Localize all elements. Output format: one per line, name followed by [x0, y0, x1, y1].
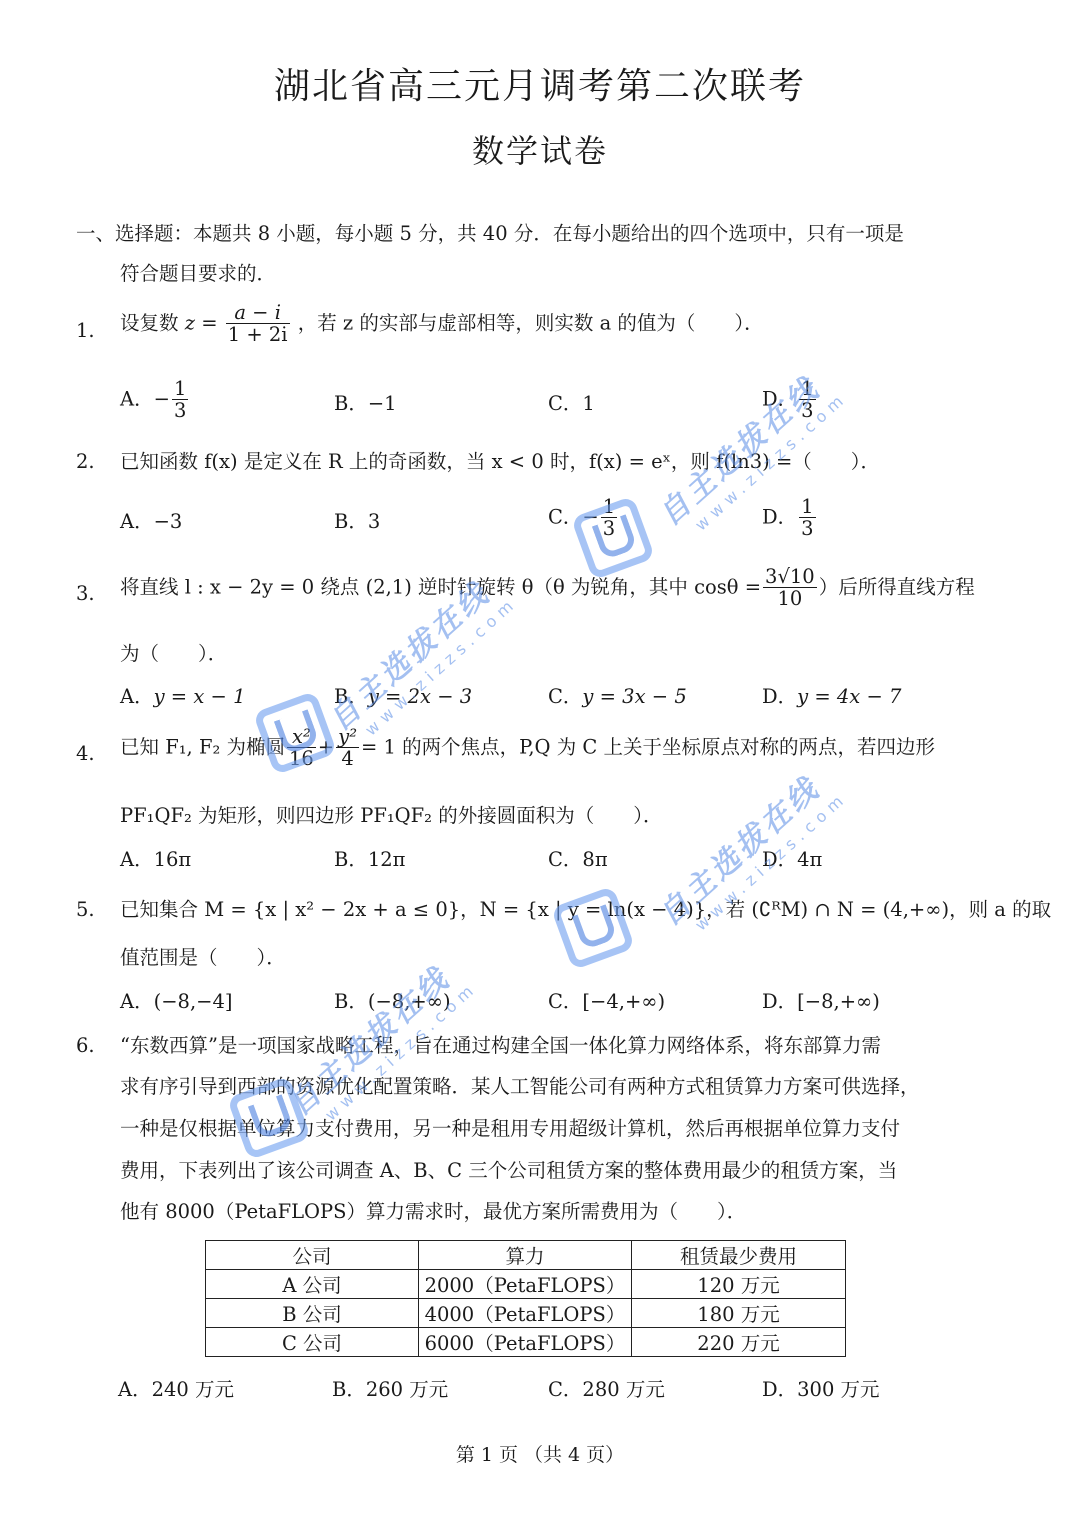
option-a: A．16π: [120, 846, 191, 874]
question-number: 1.: [76, 317, 95, 345]
table-header: 租赁最少费用: [632, 1241, 846, 1270]
option-b: B．260 万元: [332, 1376, 448, 1404]
question-2-stem: 已知函数 f(x) 是定义在 R 上的奇函数，当 x < 0 时，f(x) = …: [120, 448, 880, 476]
option-c: C．8π: [548, 846, 608, 874]
table-row: A 公司 2000（PetaFLOPS） 120 万元: [206, 1270, 846, 1299]
table-cell: 2000（PetaFLOPS）: [419, 1270, 632, 1299]
table-row: B 公司 4000（PetaFLOPS） 180 万元: [206, 1299, 846, 1328]
question-number: 5.: [76, 896, 95, 924]
table-header: 算力: [419, 1241, 632, 1270]
stem-text: 设复数: [120, 311, 179, 334]
option-b: B．3: [334, 508, 380, 536]
exam-subtitle: 数学试卷: [0, 126, 1080, 172]
option-c: C．[−4,+∞): [548, 988, 665, 1016]
question-6-line: 他有 8000（PetaFLOPS）算力需求时，最优方案所需费用为（ ）．: [120, 1198, 746, 1226]
table-cell: C 公司: [206, 1328, 419, 1357]
option-b: B．−1: [334, 390, 397, 418]
question-5-stem-cont: 值范围是（ ）．: [120, 944, 286, 972]
question-6-line: 费用，下表列出了该公司调查 A、B、C 三个公司租赁方案的整体费用最少的租赁方案…: [120, 1157, 897, 1185]
question-number: 6.: [76, 1032, 95, 1060]
option-d: D．[−8,+∞): [762, 988, 880, 1016]
option-b: B．(−8,+∞): [334, 988, 451, 1016]
option-b: B．12π: [334, 846, 405, 874]
question-4-stem: 已知 F₁, F₂ 为椭圆x²16+y²4= 1 的两个焦点，P,Q 为 C 上…: [120, 726, 935, 770]
question-4-stem-cont: PF₁QF₂ 为矩形，则四边形 PF₁QF₂ 的外接圆面积为（ ）．: [120, 802, 662, 830]
option-d: D．13: [762, 378, 818, 422]
question-3-stem-cont: 为（ ）．: [120, 640, 227, 668]
table-cell: 180 万元: [632, 1299, 846, 1328]
table-cell: 220 万元: [632, 1328, 846, 1357]
option-b: B．y = 2x − 3: [334, 683, 472, 711]
option-a: A．(−8,−4]: [120, 988, 233, 1016]
table-header-row: 公司 算力 租赁最少费用: [206, 1241, 846, 1270]
fraction: 3√1010: [763, 566, 817, 610]
question-number: 3.: [76, 580, 95, 608]
table-cell: 4000（PetaFLOPS）: [419, 1299, 632, 1328]
option-d: D．300 万元: [762, 1376, 880, 1404]
option-d: D．y = 4x − 7: [762, 683, 901, 711]
option-a: A．−13: [120, 378, 190, 422]
table-cell: B 公司: [206, 1299, 419, 1328]
exam-title: 湖北省高三元月调考第二次联考: [0, 58, 1080, 109]
page-number: 第 1 页 （共 4 页）: [0, 1440, 1080, 1467]
table-header: 公司: [206, 1241, 419, 1270]
table-cell: A 公司: [206, 1270, 419, 1299]
pricing-table: 公司 算力 租赁最少费用 A 公司 2000（PetaFLOPS） 120 万元…: [205, 1240, 846, 1357]
section-heading-cont: 符合题目要求的．: [120, 260, 276, 288]
option-a: A．240 万元: [118, 1376, 234, 1404]
section-heading: 一、选择题：本题共 8 小题，每小题 5 分，共 40 分．在每小题给出的四个选…: [76, 220, 904, 248]
question-number: 2.: [76, 448, 95, 476]
option-c: C．1: [548, 390, 595, 418]
table-cell: 120 万元: [632, 1270, 846, 1299]
option-d: D．13: [762, 496, 818, 540]
table-row: C 公司 6000（PetaFLOPS） 220 万元: [206, 1328, 846, 1357]
question-number: 4.: [76, 740, 95, 768]
option-a: A．y = x − 1: [120, 683, 246, 711]
fraction: a − i1 + 2i: [226, 302, 290, 346]
option-d: D．4π: [762, 846, 822, 874]
math-expr: z =: [185, 311, 218, 334]
stem-text: ，若 z 的实部与虚部相等，则实数 a 的值为（ ）．: [298, 311, 764, 334]
option-c: C．y = 3x − 5: [548, 683, 687, 711]
question-6-line: “东数西算”是一项国家战略工程，旨在通过构建全国一体化算力网络体系，将东部算力需: [120, 1032, 881, 1060]
option-c: C．280 万元: [548, 1376, 665, 1404]
question-1-stem: 设复数 z = a − i1 + 2i ，若 z 的实部与虚部相等，则实数 a …: [120, 302, 764, 346]
table-cell: 6000（PetaFLOPS）: [419, 1328, 632, 1357]
question-3-stem: 将直线 l : x − 2y = 0 绕点 (2,1) 逆时针旋转 θ（θ 为锐…: [120, 566, 975, 610]
option-a: A．−3: [120, 508, 182, 536]
